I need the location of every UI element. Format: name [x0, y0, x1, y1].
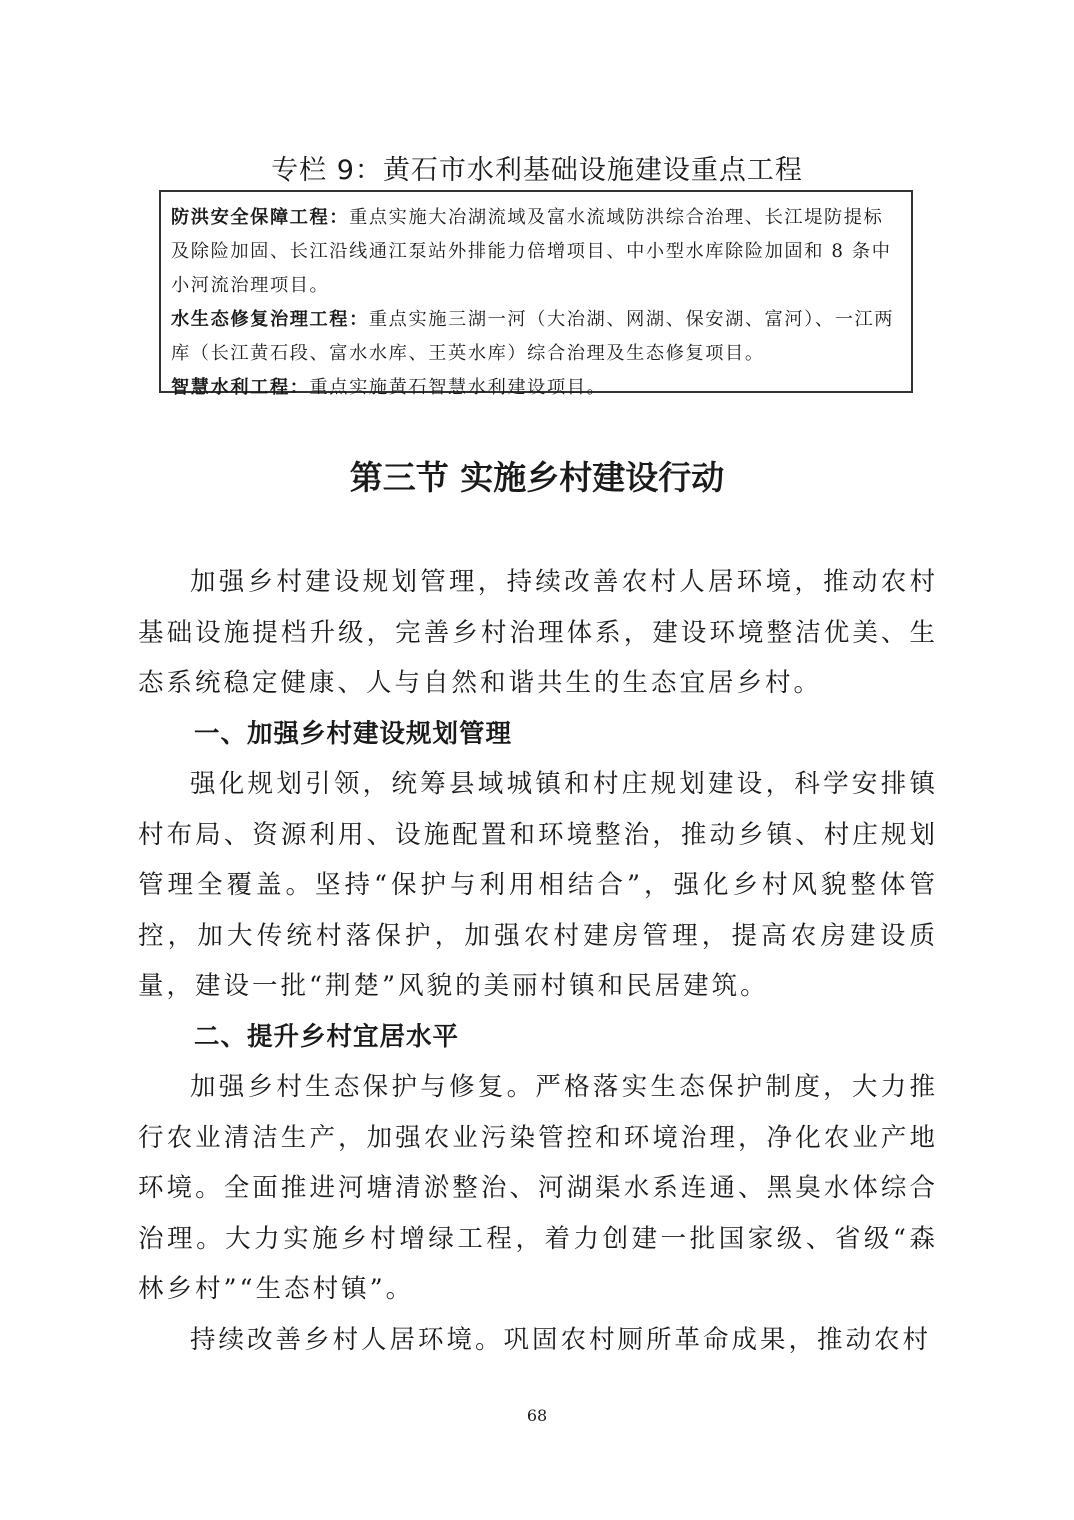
box-title: 专栏 9：黄石市水利基础设施建设重点工程: [0, 148, 1074, 187]
page-number: 68: [0, 1406, 1074, 1425]
section-body: 加强乡村建设规划管理，持续改善农村人居环境，推动农村基础设施提档升级，完善乡村治…: [138, 557, 938, 1365]
box-item: 智慧水利工程：重点实施黄石智慧水利建设项目。: [171, 371, 901, 405]
box-item: 水生态修复治理工程：重点实施三湖一河（大冶湖、网湖、保安湖、富河）、一江两库（长…: [171, 303, 901, 371]
box-item: 防洪安全保障工程：重点实施大冶湖流域及富水流域防洪综合治理、长江堤防提标及除险加…: [171, 201, 901, 303]
subsection-heading: 二、提升乡村宜居水平: [138, 1012, 938, 1063]
body-paragraph: 持续改善乡村人居环境。巩固农村厕所革命成果，推动农村: [138, 1315, 938, 1366]
intro-paragraph: 加强乡村建设规划管理，持续改善农村人居环境，推动农村基础设施提档升级，完善乡村治…: [138, 557, 938, 709]
section-title: 第三节 实施乡村建设行动: [0, 452, 1074, 499]
key-projects-box: 防洪安全保障工程：重点实施大冶湖流域及富水流域防洪综合治理、长江堤防提标及除险加…: [159, 190, 913, 393]
body-paragraph: 强化规划引领，统筹县域城镇和村庄规划建设，科学安排镇村布局、资源利用、设施配置和…: [138, 759, 938, 1012]
box-item-label: 水生态修复治理工程：: [171, 309, 369, 330]
subsection-heading: 一、加强乡村建设规划管理: [138, 709, 938, 760]
box-item-label: 防洪安全保障工程：: [171, 207, 349, 228]
box-item-text: 重点实施黄石智慧水利建设项目。: [310, 377, 607, 398]
box-item-label: 智慧水利工程：: [171, 377, 310, 398]
body-paragraph: 加强乡村生态保护与修复。严格落实生态保护制度，大力推行农业清洁生产，加强农业污染…: [138, 1062, 938, 1315]
